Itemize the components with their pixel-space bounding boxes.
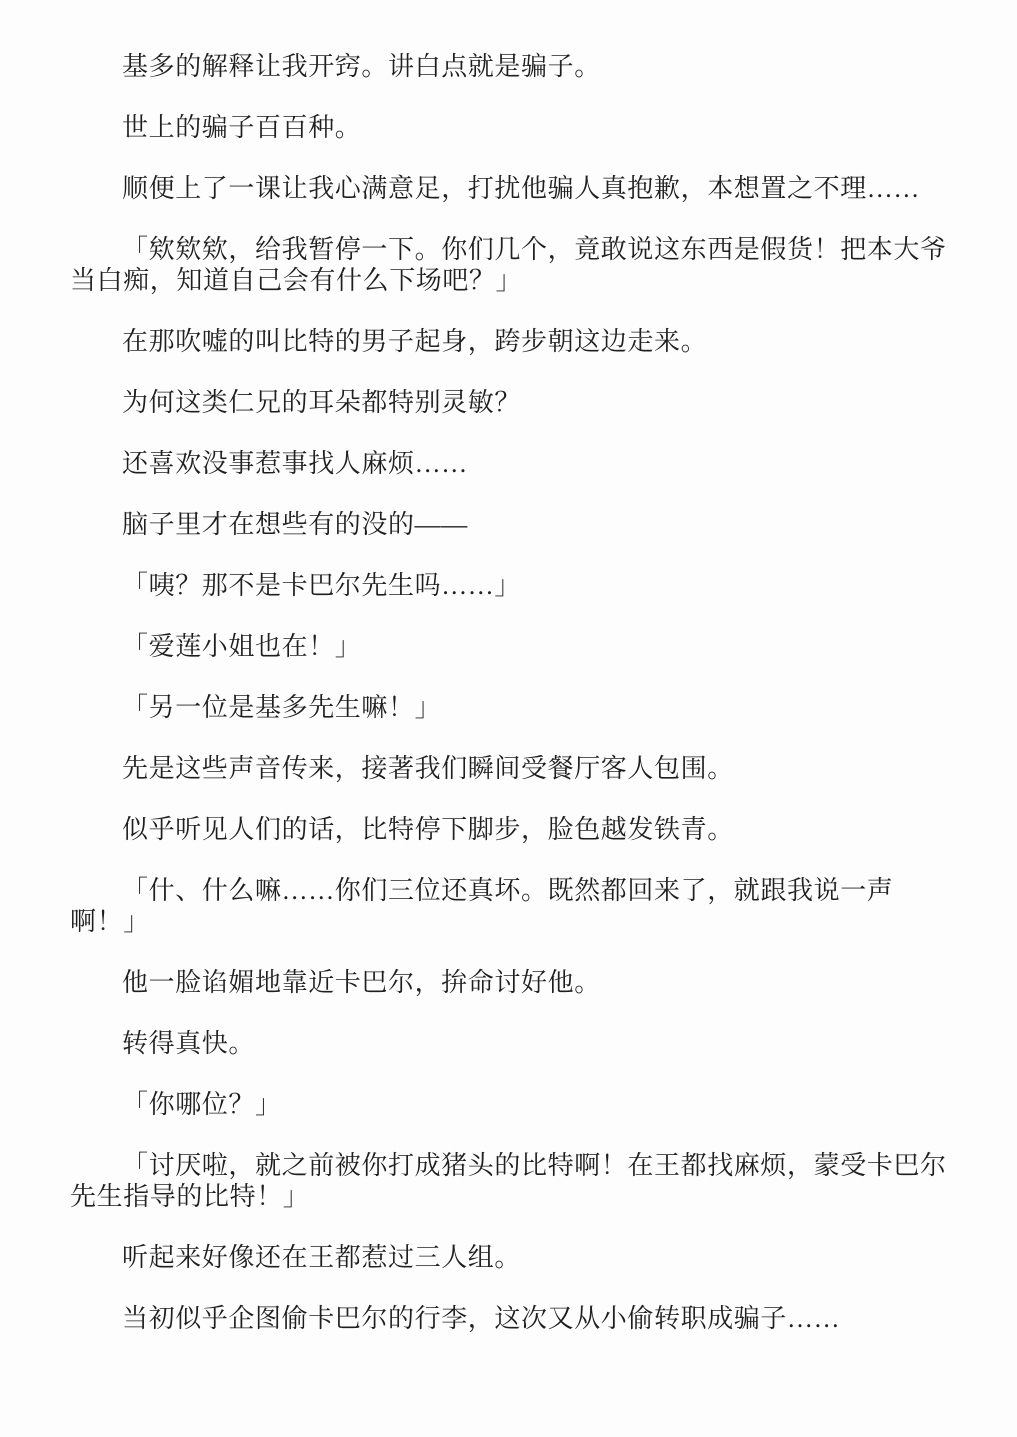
paragraph: 世上的骗子百百种。 <box>70 112 955 143</box>
paragraph: 脑子里才在想些有的没的—— <box>70 509 955 540</box>
text-line: 当白痴，知道自己会有什么下场吧？」 <box>70 265 955 296</box>
text-line: 啊！」 <box>70 906 955 937</box>
paragraph: 他一脸谄媚地靠近卡巴尔，拚命讨好他。 <box>70 967 955 998</box>
text-line: 「咦？那不是卡巴尔先生吗……」 <box>70 570 955 601</box>
text-line: 听起来好像还在王都惹过三人组。 <box>70 1242 955 1273</box>
paragraph: 「讨厌啦，就之前被你打成猪头的比特啊！在王都找麻烦，蒙受卡巴尔先生指导的比特！」 <box>70 1150 955 1212</box>
text-line: 世上的骗子百百种。 <box>70 112 955 143</box>
text-line: 转得真快。 <box>70 1028 955 1059</box>
paragraph: 顺便上了一课让我心满意足，打扰他骗人真抱歉，本想置之不理…… <box>70 173 955 204</box>
paragraph: 「咦？那不是卡巴尔先生吗……」 <box>70 570 955 601</box>
paragraph: 似乎听见人们的话，比特停下脚步，脸色越发铁青。 <box>70 814 955 845</box>
text-line: 顺便上了一课让我心满意足，打扰他骗人真抱歉，本想置之不理…… <box>70 173 955 204</box>
paragraph: 为何这类仁兄的耳朵都特别灵敏？ <box>70 387 955 418</box>
text-line: 「什、什么嘛……你们三位还真坏。既然都回来了，就跟我说一声 <box>70 875 955 906</box>
paragraph: 「什、什么嘛……你们三位还真坏。既然都回来了，就跟我说一声啊！」 <box>70 875 955 937</box>
novel-page: 基多的解释让我开窍。讲白点就是骗子。世上的骗子百百种。顺便上了一课让我心满意足，… <box>0 0 1017 1437</box>
paragraph: 听起来好像还在王都惹过三人组。 <box>70 1242 955 1273</box>
text-line: 在那吹嘘的叫比特的男子起身，跨步朝这边走来。 <box>70 326 955 357</box>
paragraph: 还喜欢没事惹事找人麻烦…… <box>70 448 955 479</box>
paragraph: 基多的解释让我开窍。讲白点就是骗子。 <box>70 51 955 82</box>
text-line: 「爱莲小姐也在！」 <box>70 631 955 662</box>
text-line: 先生指导的比特！」 <box>70 1181 955 1212</box>
text-line: 还喜欢没事惹事找人麻烦…… <box>70 448 955 479</box>
paragraph: 「欸欸欸，给我暂停一下。你们几个，竟敢说这东西是假货！把本大爷当白痴，知道自己会… <box>70 234 955 296</box>
text-line: 「欸欸欸，给我暂停一下。你们几个，竟敢说这东西是假货！把本大爷 <box>70 234 955 265</box>
text-line: 似乎听见人们的话，比特停下脚步，脸色越发铁青。 <box>70 814 955 845</box>
paragraph: 在那吹嘘的叫比特的男子起身，跨步朝这边走来。 <box>70 326 955 357</box>
paragraph: 「爱莲小姐也在！」 <box>70 631 955 662</box>
paragraph: 先是这些声音传来，接著我们瞬间受餐厅客人包围。 <box>70 753 955 784</box>
paragraph: 转得真快。 <box>70 1028 955 1059</box>
text-line: 脑子里才在想些有的没的—— <box>70 509 955 540</box>
paragraph: 「你哪位？」 <box>70 1089 955 1120</box>
text-line: 先是这些声音传来，接著我们瞬间受餐厅客人包围。 <box>70 753 955 784</box>
text-line: 「你哪位？」 <box>70 1089 955 1120</box>
paragraph: 当初似乎企图偷卡巴尔的行李，这次又从小偷转职成骗子…… <box>70 1303 955 1334</box>
text-line: 「另一位是基多先生嘛！」 <box>70 692 955 723</box>
text-line: 他一脸谄媚地靠近卡巴尔，拚命讨好他。 <box>70 967 955 998</box>
text-line: 基多的解释让我开窍。讲白点就是骗子。 <box>70 51 955 82</box>
text-line: 「讨厌啦，就之前被你打成猪头的比特啊！在王都找麻烦，蒙受卡巴尔 <box>70 1150 955 1181</box>
paragraph: 「另一位是基多先生嘛！」 <box>70 692 955 723</box>
text-content: 基多的解释让我开窍。讲白点就是骗子。世上的骗子百百种。顺便上了一课让我心满意足，… <box>70 51 955 1334</box>
text-line: 为何这类仁兄的耳朵都特别灵敏？ <box>70 387 955 418</box>
text-line: 当初似乎企图偷卡巴尔的行李，这次又从小偷转职成骗子…… <box>70 1303 955 1334</box>
